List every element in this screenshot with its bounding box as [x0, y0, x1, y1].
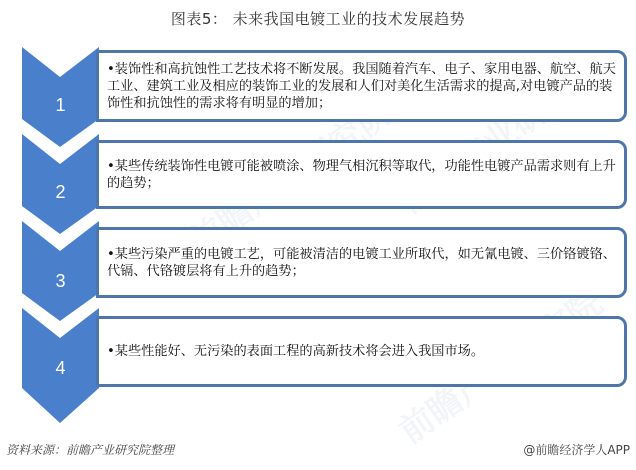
figure-title: 图表5： 未来我国电镀工业的技术发展趋势: [0, 8, 636, 29]
step-4-chevron: 4: [22, 308, 99, 423]
step-4-box: •某些性能好、无污染的表面工程的高新技术将会进入我国市场。: [96, 316, 627, 387]
step-1-text: •装饰性和高抗蚀性工艺技术将不断发展。我国随着汽车、电子、家用电器、航空、航天工…: [107, 61, 618, 112]
step-1-chevron: 1: [22, 47, 99, 147]
credit-note: @前瞻经济学人APP: [523, 441, 630, 458]
step-3-chevron: 3: [22, 221, 99, 321]
step-1-number: 1: [22, 95, 99, 116]
source-note: 资料来源：前瞻产业研究院整理: [6, 441, 174, 458]
step-2-chevron: 2: [22, 134, 99, 234]
step-3-box: •某些污染严重的电镀工艺，可能被清洁的电镀工业所取代，如无氰电镀、三价铬镀铬、代…: [96, 227, 627, 298]
step-2-text: •某些传统装饰性电镀可能被喷涂、物理气相沉积等取代，功能性电镀产品需求则有上升的…: [107, 158, 618, 192]
step-3-text: •某些污染严重的电镀工艺，可能被清洁的电镀工业所取代，如无氰电镀、三价铬镀铬、代…: [107, 246, 618, 280]
step-3-number: 3: [22, 271, 99, 292]
step-4-number: 4: [22, 358, 99, 379]
step-1-box: •装饰性和高抗蚀性工艺技术将不断发展。我国随着汽车、电子、家用电器、航空、航天工…: [96, 50, 627, 122]
step-2-number: 2: [22, 182, 99, 203]
step-4-text: •某些性能好、无污染的表面工程的高新技术将会进入我国市场。: [107, 343, 484, 360]
step-2-box: •某些传统装饰性电镀可能被喷涂、物理气相沉积等取代，功能性电镀产品需求则有上升的…: [96, 140, 627, 209]
